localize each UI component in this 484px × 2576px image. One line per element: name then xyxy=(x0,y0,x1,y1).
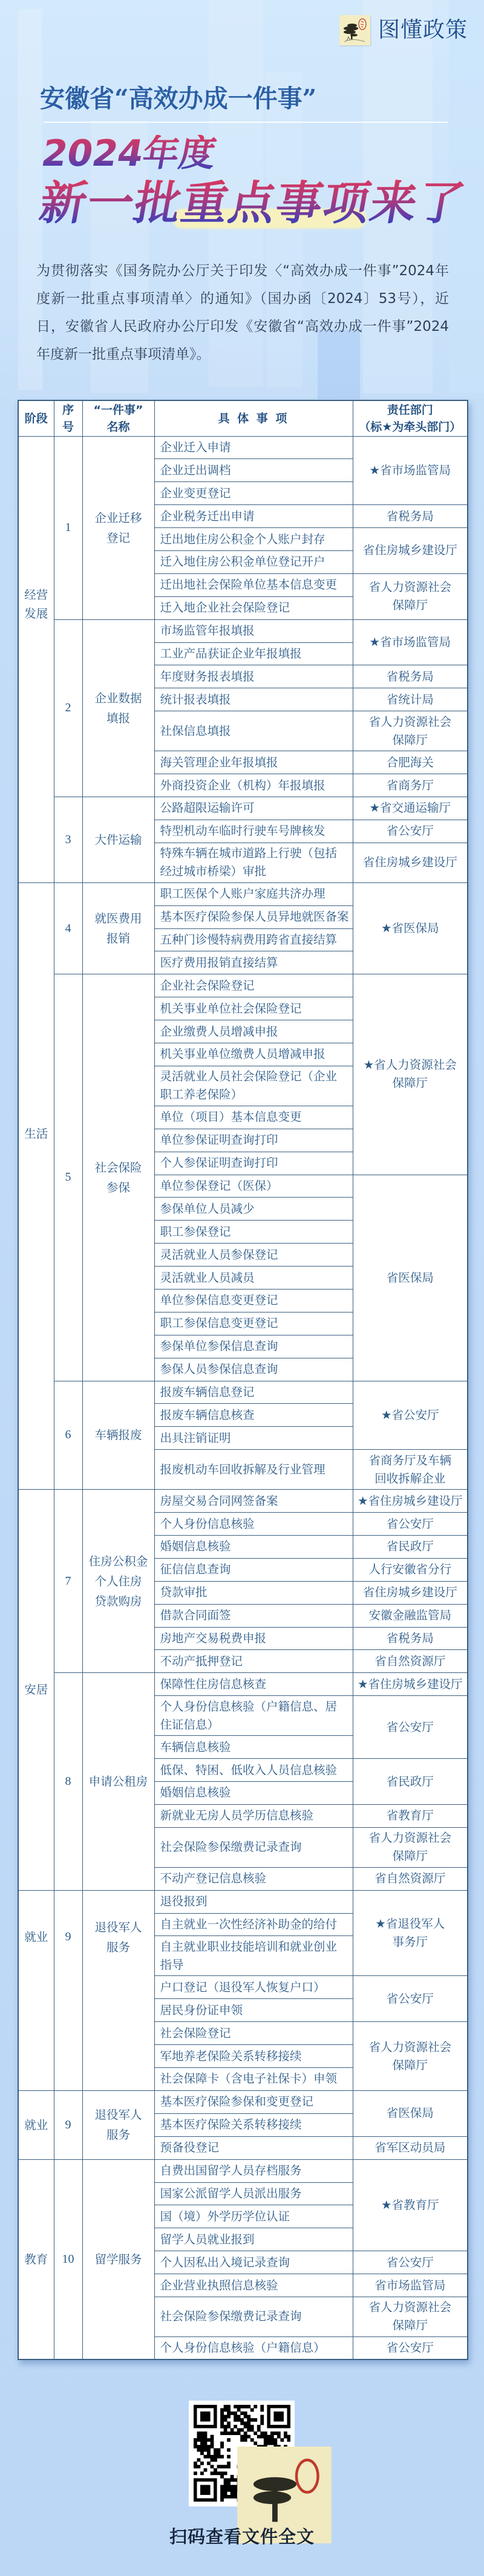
responsible-dept-cell: 省医保局 xyxy=(353,2090,468,2136)
responsible-dept-cell: 省人力资源社会 保障厅 xyxy=(353,2297,468,2336)
responsible-dept-cell: ★省医保局 xyxy=(353,882,468,974)
header-seq-no: 序 号 xyxy=(54,400,82,436)
specific-item-cell: 企业缴费人员增减申报 xyxy=(154,1020,353,1043)
specific-item-cell: 海关管理企业年报填报 xyxy=(154,751,353,774)
specific-item-cell: 报废车辆信息登记 xyxy=(154,1381,353,1404)
qr-code xyxy=(189,2401,295,2506)
specific-item-cell: 婚姻信息核验 xyxy=(154,1782,353,1805)
responsible-dept-cell: 省住房城乡建设厅 xyxy=(353,528,468,574)
matter-name-cell: 留学服务 xyxy=(82,2159,154,2359)
brand-name: 图懂政策 xyxy=(378,19,468,42)
specific-item-cell: 公路超限运输许可 xyxy=(154,797,353,820)
responsible-dept-cell: ★省住房城乡建设厅 xyxy=(353,1673,468,1696)
specific-item-cell: 企业营业执照信息核验 xyxy=(154,2274,353,2297)
specific-item-cell: 保障性住房信息核查 xyxy=(154,1673,353,1696)
responsible-dept-cell: 省自然资源厅 xyxy=(353,1867,468,1890)
specific-item-cell: 低保、特困、低收入人员信息核验 xyxy=(154,1759,353,1782)
specific-item-cell: 企业社会保险登记 xyxy=(154,974,353,997)
responsible-dept-cell: 省公安厅 xyxy=(353,1696,468,1759)
specific-item-cell: 基本医疗保险关系转移接续 xyxy=(154,2113,353,2136)
specific-item-cell: 个人因私出入境记录查询 xyxy=(154,2251,353,2274)
specific-item-cell: 居民身份证申领 xyxy=(154,1999,353,2022)
specific-item-cell: 机关事业单位缴费人员增减申报 xyxy=(154,1043,353,1066)
seq-no-cell: 9 xyxy=(54,2090,82,2159)
matter-name-cell: 企业数据 填报 xyxy=(82,619,154,797)
specific-item-cell: 医疗费用报销直接结算 xyxy=(154,951,353,974)
specific-item-cell: 灵活就业人员社会保险登记（企业 职工养老保险） xyxy=(154,1066,353,1106)
matter-name-cell: 车辆报废 xyxy=(82,1381,154,1490)
infographic-page: 图懂政策 安徽省“高效办成一件事” 2024年度 新一批重点事项来了 为贯彻落实… xyxy=(0,0,484,2576)
responsible-dept-cell: 省人力资源社会 保障厅 xyxy=(353,711,468,751)
specific-item-cell: 基本医疗保险参保人员异地就医备案 xyxy=(154,905,353,928)
specific-item-cell: 报废机动车回收拆解及行业管理 xyxy=(154,1450,353,1490)
stage-cell: 安居 xyxy=(18,1490,54,1890)
specific-item-cell: 灵活就业人员参保登记 xyxy=(154,1244,353,1267)
specific-item-cell: 基本医疗保险参保和变更登记 xyxy=(154,2090,353,2113)
specific-item-cell: 个人身份信息核验（户籍信息） xyxy=(154,2336,353,2359)
specific-item-cell: 社会保险参保缴费记录查询 xyxy=(154,1827,353,1867)
matter-name-cell: 退役军人 服务 xyxy=(82,1890,154,2090)
intro-paragraph: 为贯彻落实《国务院办公厅关于印发〈“高效办成一件事”2024年 度新一批重点事项… xyxy=(36,257,449,368)
responsible-dept-cell: ★省市场监管局 xyxy=(353,619,468,665)
specific-item-cell: 户口登记（退役军人恢复户口） xyxy=(154,1976,353,1999)
seq-no-cell: 8 xyxy=(54,1673,82,1890)
stage-cell: 经营 发展 xyxy=(18,436,54,882)
specific-item-cell: 出具注销证明 xyxy=(154,1427,353,1450)
year-heading: 2024年度 xyxy=(39,135,219,172)
responsible-dept-cell: 省统计局 xyxy=(353,688,468,711)
seq-no-cell: 2 xyxy=(54,619,82,797)
seq-no-cell: 10 xyxy=(54,2159,82,2359)
specific-item-cell: 国家公派留学人员派出服务 xyxy=(154,2182,353,2205)
specific-item-cell: 特型机动车临时行驶车号牌核发 xyxy=(154,820,353,843)
table-row: 安居7住房公积金 个人住房 贷款购房房屋交易合同网签备案★省住房城乡建设厅 xyxy=(18,1490,468,1513)
key-matters-table: 阶段 序 号 “一件事” 名称 具 体 事 项 责任部门 （标★为牵头部门） 经… xyxy=(18,400,468,2360)
specific-item-cell: 报废车辆信息核查 xyxy=(154,1404,353,1427)
specific-item-cell: 借款合同面签 xyxy=(154,1604,353,1627)
specific-item-cell: 房屋交易合同网签备案 xyxy=(154,1490,353,1513)
specific-item-cell: 企业迁出调档 xyxy=(154,459,353,482)
responsible-dept-cell: 省自然资源厅 xyxy=(353,1650,468,1673)
intro-line-1: 为贯彻落实《国务院办公厅关于印发〈“高效办成一件事”2024年 xyxy=(36,257,449,285)
headline: 新一批重点事项来了 xyxy=(36,180,469,227)
specific-item-cell: 车辆信息核验 xyxy=(154,1736,353,1759)
stage-cell: 就业 xyxy=(18,2090,54,2159)
specific-item-cell: 参保人员参保信息查询 xyxy=(154,1358,353,1381)
responsible-dept-cell: 省民政厅 xyxy=(353,1536,468,1559)
specific-item-cell: 年度财务报表填报 xyxy=(154,665,353,688)
specific-item-cell: 职工参保登记 xyxy=(154,1221,353,1244)
specific-item-cell: 企业变更登记 xyxy=(154,482,353,505)
specific-item-cell: 社会保险登记 xyxy=(154,2022,353,2045)
specific-item-cell: 统计报表填报 xyxy=(154,688,353,711)
seq-no-cell: 1 xyxy=(54,436,82,619)
intro-line-2: 度新一批重点事项清单〉的通知》（国办函〔2024〕53号），近 xyxy=(36,285,449,313)
specific-item-cell: 单位参保信息变更登记 xyxy=(154,1290,353,1312)
matter-name-cell: 申请公租房 xyxy=(82,1673,154,1890)
specific-item-cell: 参保单位人员减少 xyxy=(154,1198,353,1221)
specific-item-cell: 机关事业单位社会保险登记 xyxy=(154,997,353,1020)
responsible-dept-cell: ★省教育厅 xyxy=(353,2159,468,2251)
table-row: 5社会保险 参保企业社会保险登记★省人力资源社会 保障厅 xyxy=(18,974,468,997)
matter-name-cell: 住房公积金 个人住房 贷款购房 xyxy=(82,1490,154,1673)
specific-item-cell: 房地产交易税费申报 xyxy=(154,1627,353,1650)
matter-name-cell: 就医费用 报销 xyxy=(82,882,154,974)
table-row: 教育10留学服务自费出国留学人员存档服务★省教育厅 xyxy=(18,2159,468,2182)
specific-item-cell: 国（境）外学历学位认证 xyxy=(154,2205,353,2228)
specific-item-cell: 留学人员就业报到 xyxy=(154,2228,353,2251)
specific-item-cell: 职工参保信息变更登记 xyxy=(154,1312,353,1335)
responsible-dept-cell: ★省退役军人 事务厅 xyxy=(353,1890,468,1976)
specific-item-cell: 参保单位参保信息查询 xyxy=(154,1335,353,1358)
responsible-dept-cell: 省人力资源社会 保障厅 xyxy=(353,2022,468,2091)
header-responsible-dept: 责任部门 （标★为牵头部门） xyxy=(353,400,468,436)
table-header-row: 阶段 序 号 “一件事” 名称 具 体 事 项 责任部门 （标★为牵头部门） xyxy=(18,400,468,436)
specific-item-cell: 迁出地住房公积金个人账户封存 xyxy=(154,528,353,551)
responsible-dept-cell: 省公安厅 xyxy=(353,2336,468,2359)
specific-item-cell: 军地养老保险关系转移接续 xyxy=(154,2045,353,2068)
responsible-dept-cell: 省公安厅 xyxy=(353,820,468,843)
specific-item-cell: 个人参保证明查询打印 xyxy=(154,1152,353,1175)
stage-cell: 生活 xyxy=(18,882,54,1489)
specific-item-cell: 特殊车辆在城市道路上行驶（包括 经过城市桥梁）审批 xyxy=(154,843,353,882)
header-stage: 阶段 xyxy=(18,400,54,436)
responsible-dept-cell: 省税务局 xyxy=(353,505,468,528)
stage-cell: 教育 xyxy=(18,2159,54,2359)
year-heading-wrap: 2024年度 xyxy=(39,135,212,172)
pine-tree-logo-icon xyxy=(339,15,370,45)
seq-no-cell: 5 xyxy=(54,974,82,1381)
intro-line-4: 年度新一批重点事项清单》。 xyxy=(36,341,449,368)
specific-item-cell: 迁出地社会保险单位基本信息变更 xyxy=(154,573,353,596)
matter-name-cell: 企业迁移 登记 xyxy=(82,436,154,619)
header-specific-items: 具 体 事 项 xyxy=(154,400,353,436)
table-row: 3大件运输公路超限运输许可★省交通运输厅 xyxy=(18,797,468,820)
intro-line-3: 日，安徽省人民政府办公厅印发《安徽省“高效办成一件事”2024 xyxy=(36,313,449,341)
specific-item-cell: 迁入地企业社会保险登记 xyxy=(154,596,353,619)
qr-center-logo-icon xyxy=(231,2442,252,2464)
responsible-dept-cell: 省市场监管局 xyxy=(353,2274,468,2297)
specific-item-cell: 个人身份信息核验（户籍信息、居 住证信息） xyxy=(154,1696,353,1736)
seq-no-cell: 4 xyxy=(54,882,82,974)
specific-item-cell: 贷款审批 xyxy=(154,1581,353,1604)
specific-item-cell: 社会保障卡（含电子社保卡）申领 xyxy=(154,2068,353,2091)
table-body: 经营 发展1企业迁移 登记企业迁入申请★省市场监管局企业迁出调档企业变更登记企业… xyxy=(18,436,468,2359)
table-row: 就业9退役军人 服务退役报到★省退役军人 事务厅 xyxy=(18,1890,468,1913)
specific-item-cell: 退役报到 xyxy=(154,1890,353,1913)
responsible-dept-cell: 省民政厅 xyxy=(353,1759,468,1805)
responsible-dept-cell: 省住房城乡建设厅 xyxy=(353,1581,468,1604)
table-row: 生活4就医费用 报销职工医保个人账户家庭共济办理★省医保局 xyxy=(18,882,468,905)
seq-no-cell: 6 xyxy=(54,1381,82,1490)
responsible-dept-cell: 省人力资源社会 保障厅 xyxy=(353,1827,468,1867)
table-row: 8申请公租房保障性住房信息核查★省住房城乡建设厅 xyxy=(18,1673,468,1696)
specific-item-cell: 市场监管年报填报 xyxy=(154,619,353,642)
table-row: 2企业数据 填报市场监管年报填报★省市场监管局 xyxy=(18,619,468,642)
responsible-dept-cell: 省税务局 xyxy=(353,1627,468,1650)
table-row: 6车辆报废报废车辆信息登记★省公安厅 xyxy=(18,1381,468,1404)
responsible-dept-cell: ★省市场监管局 xyxy=(353,436,468,505)
responsible-dept-cell: 省人力资源社会 保障厅 xyxy=(353,573,468,619)
responsible-dept-cell: 省住房城乡建设厅 xyxy=(353,843,468,882)
specific-item-cell: 社会保险参保缴费记录查询 xyxy=(154,2297,353,2336)
responsible-dept-cell: 人行安徽省分行 xyxy=(353,1558,468,1581)
responsible-dept-cell: 省医保局 xyxy=(353,1175,468,1381)
responsible-dept-cell: ★省交通运输厅 xyxy=(353,797,468,820)
specific-item-cell: 企业迁入申请 xyxy=(154,436,353,459)
specific-item-cell: 单位（项目）基本信息变更 xyxy=(154,1106,353,1129)
specific-item-cell: 工业产品获证企业年报填报 xyxy=(154,642,353,665)
responsible-dept-cell: ★省公安厅 xyxy=(353,1381,468,1450)
specific-item-cell: 自费出国留学人员存档服务 xyxy=(154,2159,353,2182)
seq-no-cell: 7 xyxy=(54,1490,82,1673)
responsible-dept-cell: 合肥海关 xyxy=(353,751,468,774)
responsible-dept-cell: ★省人力资源社会 保障厅 xyxy=(353,974,468,1175)
title-divider xyxy=(44,122,448,123)
specific-item-cell: 自主就业职业技能培训和就业创业 指导 xyxy=(154,1936,353,1976)
specific-item-cell: 外商投资企业（机构）年报填报 xyxy=(154,774,353,797)
responsible-dept-cell: 省商务厅及车辆 回收拆解企业 xyxy=(353,1450,468,1490)
specific-item-cell: 五种门诊慢特病费用跨省直接结算 xyxy=(154,928,353,951)
specific-item-cell: 企业税务迁出申请 xyxy=(154,505,353,528)
matter-name-cell: 社会保险 参保 xyxy=(82,974,154,1381)
responsible-dept-cell: ★省住房城乡建设厅 xyxy=(353,1490,468,1513)
specific-item-cell: 新就业无房人员学历信息核验 xyxy=(154,1804,353,1827)
matter-name-cell: 退役军人 服务 xyxy=(82,2090,154,2159)
responsible-dept-cell: 省教育厅 xyxy=(353,1804,468,1827)
page-title: 安徽省“高效办成一件事” xyxy=(40,86,316,111)
responsible-dept-cell: 省公安厅 xyxy=(353,1513,468,1536)
responsible-dept-cell: 省税务局 xyxy=(353,665,468,688)
responsible-dept-cell: 省公安厅 xyxy=(353,2251,468,2274)
responsible-dept-cell: 安徽金融监管局 xyxy=(353,1604,468,1627)
specific-item-cell: 社保信息填报 xyxy=(154,711,353,751)
specific-item-cell: 个人身份信息核验 xyxy=(154,1513,353,1536)
specific-item-cell: 自主就业一次性经济补助金的给付 xyxy=(154,1913,353,1936)
specific-item-cell: 职工医保个人账户家庭共济办理 xyxy=(154,882,353,905)
specific-item-cell: 征信信息查询 xyxy=(154,1558,353,1581)
specific-item-cell: 单位参保证明查询打印 xyxy=(154,1129,353,1152)
header-matter-name: “一件事” 名称 xyxy=(82,400,154,436)
specific-item-cell: 不动产登记信息核验 xyxy=(154,1867,353,1890)
matter-name-cell: 大件运输 xyxy=(82,797,154,882)
qr-caption: 扫码查看文件全文 xyxy=(0,2526,484,2547)
specific-item-cell: 预备役登记 xyxy=(154,2136,353,2159)
specific-item-cell: 单位参保登记（医保） xyxy=(154,1175,353,1198)
specific-item-cell: 不动产抵押登记 xyxy=(154,1650,353,1673)
responsible-dept-cell: 省军区动员局 xyxy=(353,2136,468,2159)
table-row: 就业9退役军人 服务基本医疗保险参保和变更登记省医保局 xyxy=(18,2090,468,2113)
responsible-dept-cell: 省商务厅 xyxy=(353,774,468,797)
seq-no-cell: 3 xyxy=(54,797,82,882)
table-row: 经营 发展1企业迁移 登记企业迁入申请★省市场监管局 xyxy=(18,436,468,459)
headline-wrap: 新一批重点事项来了 xyxy=(36,180,461,227)
specific-item-cell: 灵活就业人员减员 xyxy=(154,1267,353,1290)
responsible-dept-cell: 省公安厅 xyxy=(353,1976,468,2022)
specific-item-cell: 婚姻信息核验 xyxy=(154,1536,353,1559)
stage-cell: 就业 xyxy=(18,1890,54,2090)
seq-no-cell: 9 xyxy=(54,1890,82,2090)
specific-item-cell: 迁入地住房公积金单位登记开户 xyxy=(154,550,353,573)
